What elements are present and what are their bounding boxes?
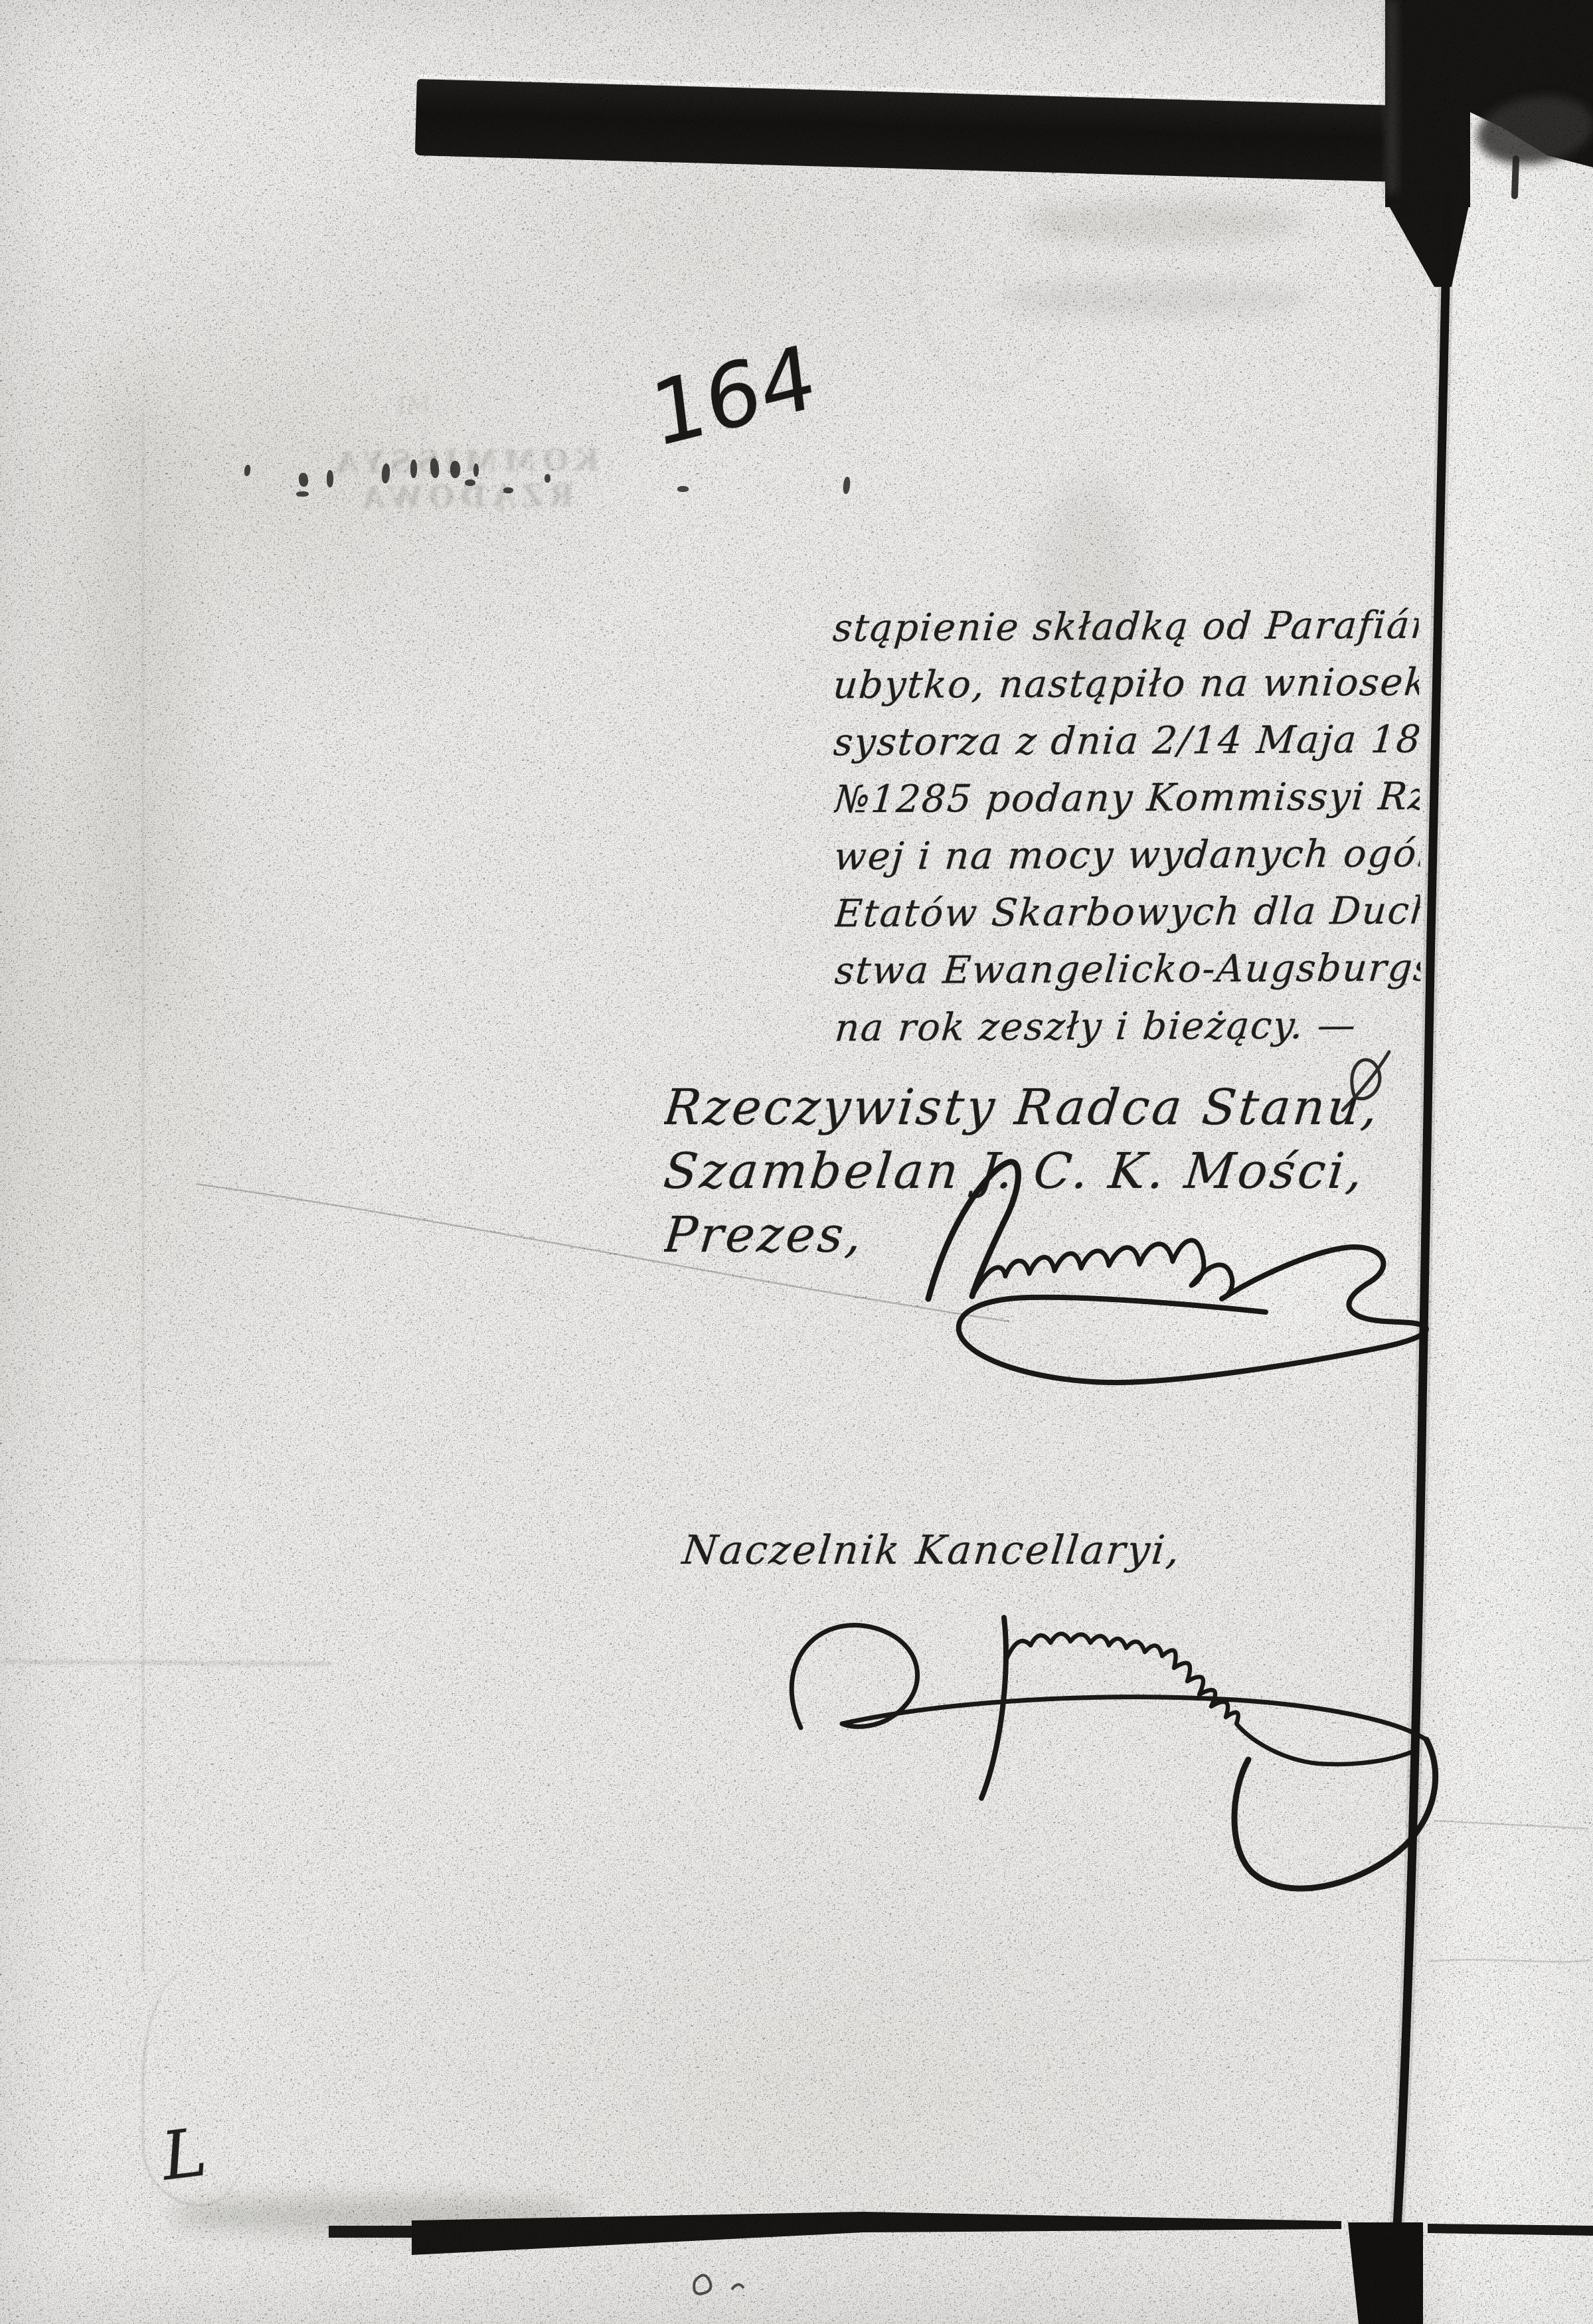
archival-scan-page: KOMMISSYA RZĄDOWA IM 164 stąpienie skład… [0,0,1593,2324]
closing-line: Prezes, [664,1203,1424,1267]
ink-speck [410,459,417,478]
page-fold-bright-strip [1421,0,1593,2324]
ink-speck [545,474,550,483]
ink-speck [677,486,689,492]
manuscript-line: №1285 podany Kommissyi Rząd [833,768,1421,829]
manuscript-line: stąpienie składką od Parafián teg [833,597,1421,657]
chancellery-line: Naczelnik Kancellaryi, [680,1527,1183,1574]
ghost-stamp-text: KOMMISSYA RZĄDOWA [218,441,711,517]
ink-speck [327,470,333,487]
corner-mark: L [157,2113,210,2195]
manuscript-line: ubytko, nastąpiło na wniosek K [833,654,1421,714]
manuscript-line: systorza z dnia 2/14 Maja 1856 ro [833,711,1421,772]
manuscript-line: wej i na mocy wydanych ogólny [833,825,1421,886]
closing-line: Rzeczywisty Radca Stanu, [664,1076,1424,1139]
ink-speck [503,487,513,493]
ghost-mark: IM [396,390,432,420]
ink-speck [465,479,475,486]
manuscript-line: na rok zeszły i bieżący. — [833,997,1421,1057]
ink-speck [296,491,309,497]
closing-block: Rzeczywisty Radca Stanu, Szambelan J. C.… [664,1076,1424,1267]
manuscript-line: stwa Ewangelicko-Augsburgski [833,940,1421,1000]
manuscript-line: Etatów Skarbowych dla Duchow [833,882,1421,943]
ink-speck [473,463,479,477]
manuscript-body: stąpienie składką od Parafián teg ubytko… [833,597,1421,1057]
closing-line: Szambelan J. C. K. Mości, [664,1139,1424,1203]
ink-speck [450,461,460,478]
